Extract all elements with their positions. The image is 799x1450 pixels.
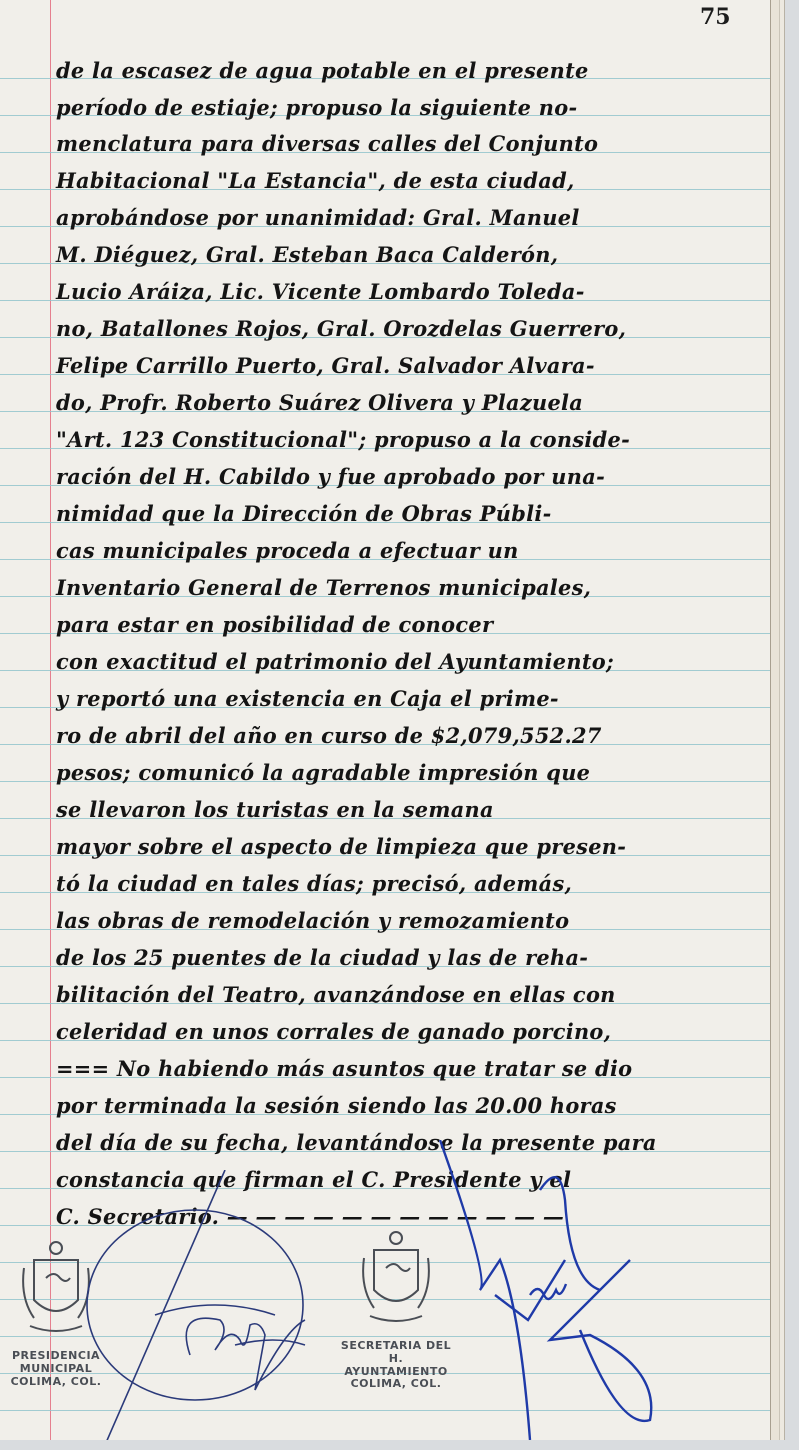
text-line: las obras de remodelación y remozamiento <box>56 908 756 933</box>
text-line: para estar en posibilidad de conocer <box>56 612 756 637</box>
text-line: M. Diéguez, Gral. Esteban Baca Calderón, <box>56 242 756 267</box>
text-line: celeridad en unos corrales de ganado por… <box>56 1019 756 1044</box>
text-line: con exactitud el patrimonio del Ayuntami… <box>56 649 756 674</box>
secretario-signature <box>85 1170 325 1440</box>
presidente-signature <box>420 1140 660 1440</box>
text-line: bilitación del Teatro, avanzándose en el… <box>56 982 756 1007</box>
text-line: por terminada la sesión siendo las 20.00… <box>56 1093 756 1118</box>
text-line: período de estiaje; propuso la siguiente… <box>56 95 756 120</box>
text-line: menclatura para diversas calles del Conj… <box>56 131 756 156</box>
text-line: tó la ciudad en tales días; precisó, ade… <box>56 871 756 896</box>
text-line: "Art. 123 Constitucional"; propuso a la … <box>56 427 756 452</box>
text-line: ración del H. Cabildo y fue aprobado por… <box>56 464 756 489</box>
text-line: Lucio Aráiza, Lic. Vicente Lombardo Tole… <box>56 279 756 304</box>
page-number: 75 <box>700 4 731 30</box>
text-line: === No habiendo más asuntos que tratar s… <box>56 1056 756 1081</box>
text-line: aprobándose por unanimidad: Gral. Manuel <box>56 205 756 230</box>
text-line: Inventario General de Terrenos municipal… <box>56 575 756 600</box>
page-edge <box>770 0 779 1440</box>
text-line: cas municipales proceda a efectuar un <box>56 538 756 563</box>
text-line: de la escasez de agua potable en el pres… <box>56 58 756 83</box>
text-line: ro de abril del año en curso de $2,079,5… <box>56 723 756 748</box>
text-line: de los 25 puentes de la ciudad y las de … <box>56 945 756 970</box>
text-line: pesos; comunicó la agradable impresión q… <box>56 760 756 785</box>
text-line: nimidad que la Dirección de Obras Públi- <box>56 501 756 526</box>
red-margin-line <box>50 0 51 1440</box>
coat-of-arms-icon <box>16 1238 96 1338</box>
text-line: se llevaron los turistas en la semana <box>56 797 756 822</box>
text-line: do, Profr. Roberto Suárez Olivera y Plaz… <box>56 390 756 415</box>
text-line: no, Batallones Rojos, Gral. Orozdelas Gu… <box>56 316 756 341</box>
ledger-page: 75 de la escasez de agua potable en el p… <box>0 0 778 1440</box>
text-line: y reportó una existencia en Caja el prim… <box>56 686 756 711</box>
text-line: Habitacional "La Estancia", de esta ciud… <box>56 168 756 193</box>
text-line: mayor sobre el aspecto de limpieza que p… <box>56 834 756 859</box>
text-line: Felipe Carrillo Puerto, Gral. Salvador A… <box>56 353 756 378</box>
